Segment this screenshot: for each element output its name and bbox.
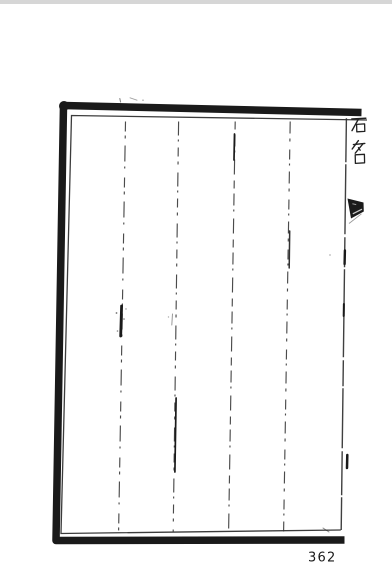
- ink-speck: [329, 254, 331, 256]
- ink-speck: [168, 316, 169, 317]
- ink-speck: [116, 312, 118, 314]
- ink-speck: [142, 99, 144, 101]
- ink-speck: [125, 308, 126, 309]
- ink-speck: [123, 318, 125, 320]
- gutter-characters: [352, 118, 366, 163]
- scan-edge-strip: [0, 0, 392, 4]
- column-divider-line: [229, 122, 236, 532]
- page-scan-canvas: 362: [0, 0, 392, 576]
- ink-smudge: [121, 306, 122, 336]
- inner-frame: [61, 116, 367, 534]
- outer-frame: [56, 101, 362, 541]
- ink-blot-wedge: [348, 199, 364, 219]
- column-divider-line: [284, 122, 291, 532]
- gutter-char-ming: [352, 141, 365, 164]
- ink-smudge: [175, 398, 176, 472]
- ink-speck: [130, 98, 137, 100]
- gutter-ink-wedge: [348, 199, 364, 224]
- column-divider-line: [173, 122, 178, 532]
- ink-smudge: [289, 231, 290, 268]
- ink-speck: [120, 99, 121, 103]
- ink-speck: [117, 330, 119, 332]
- page-number: 362: [308, 551, 336, 566]
- ink-smudge: [172, 314, 173, 325]
- outer-frame-border: [56, 106, 362, 541]
- ink-smudge: [234, 134, 235, 160]
- scanned-book-page: 362: [0, 0, 392, 576]
- inner-frame-line: [61, 116, 367, 534]
- outer-frame-corner-blob: [59, 101, 69, 111]
- inner-frame-right-line: [341, 118, 346, 530]
- ink-smudges: [116, 98, 348, 532]
- column-divider-lines: [119, 122, 291, 532]
